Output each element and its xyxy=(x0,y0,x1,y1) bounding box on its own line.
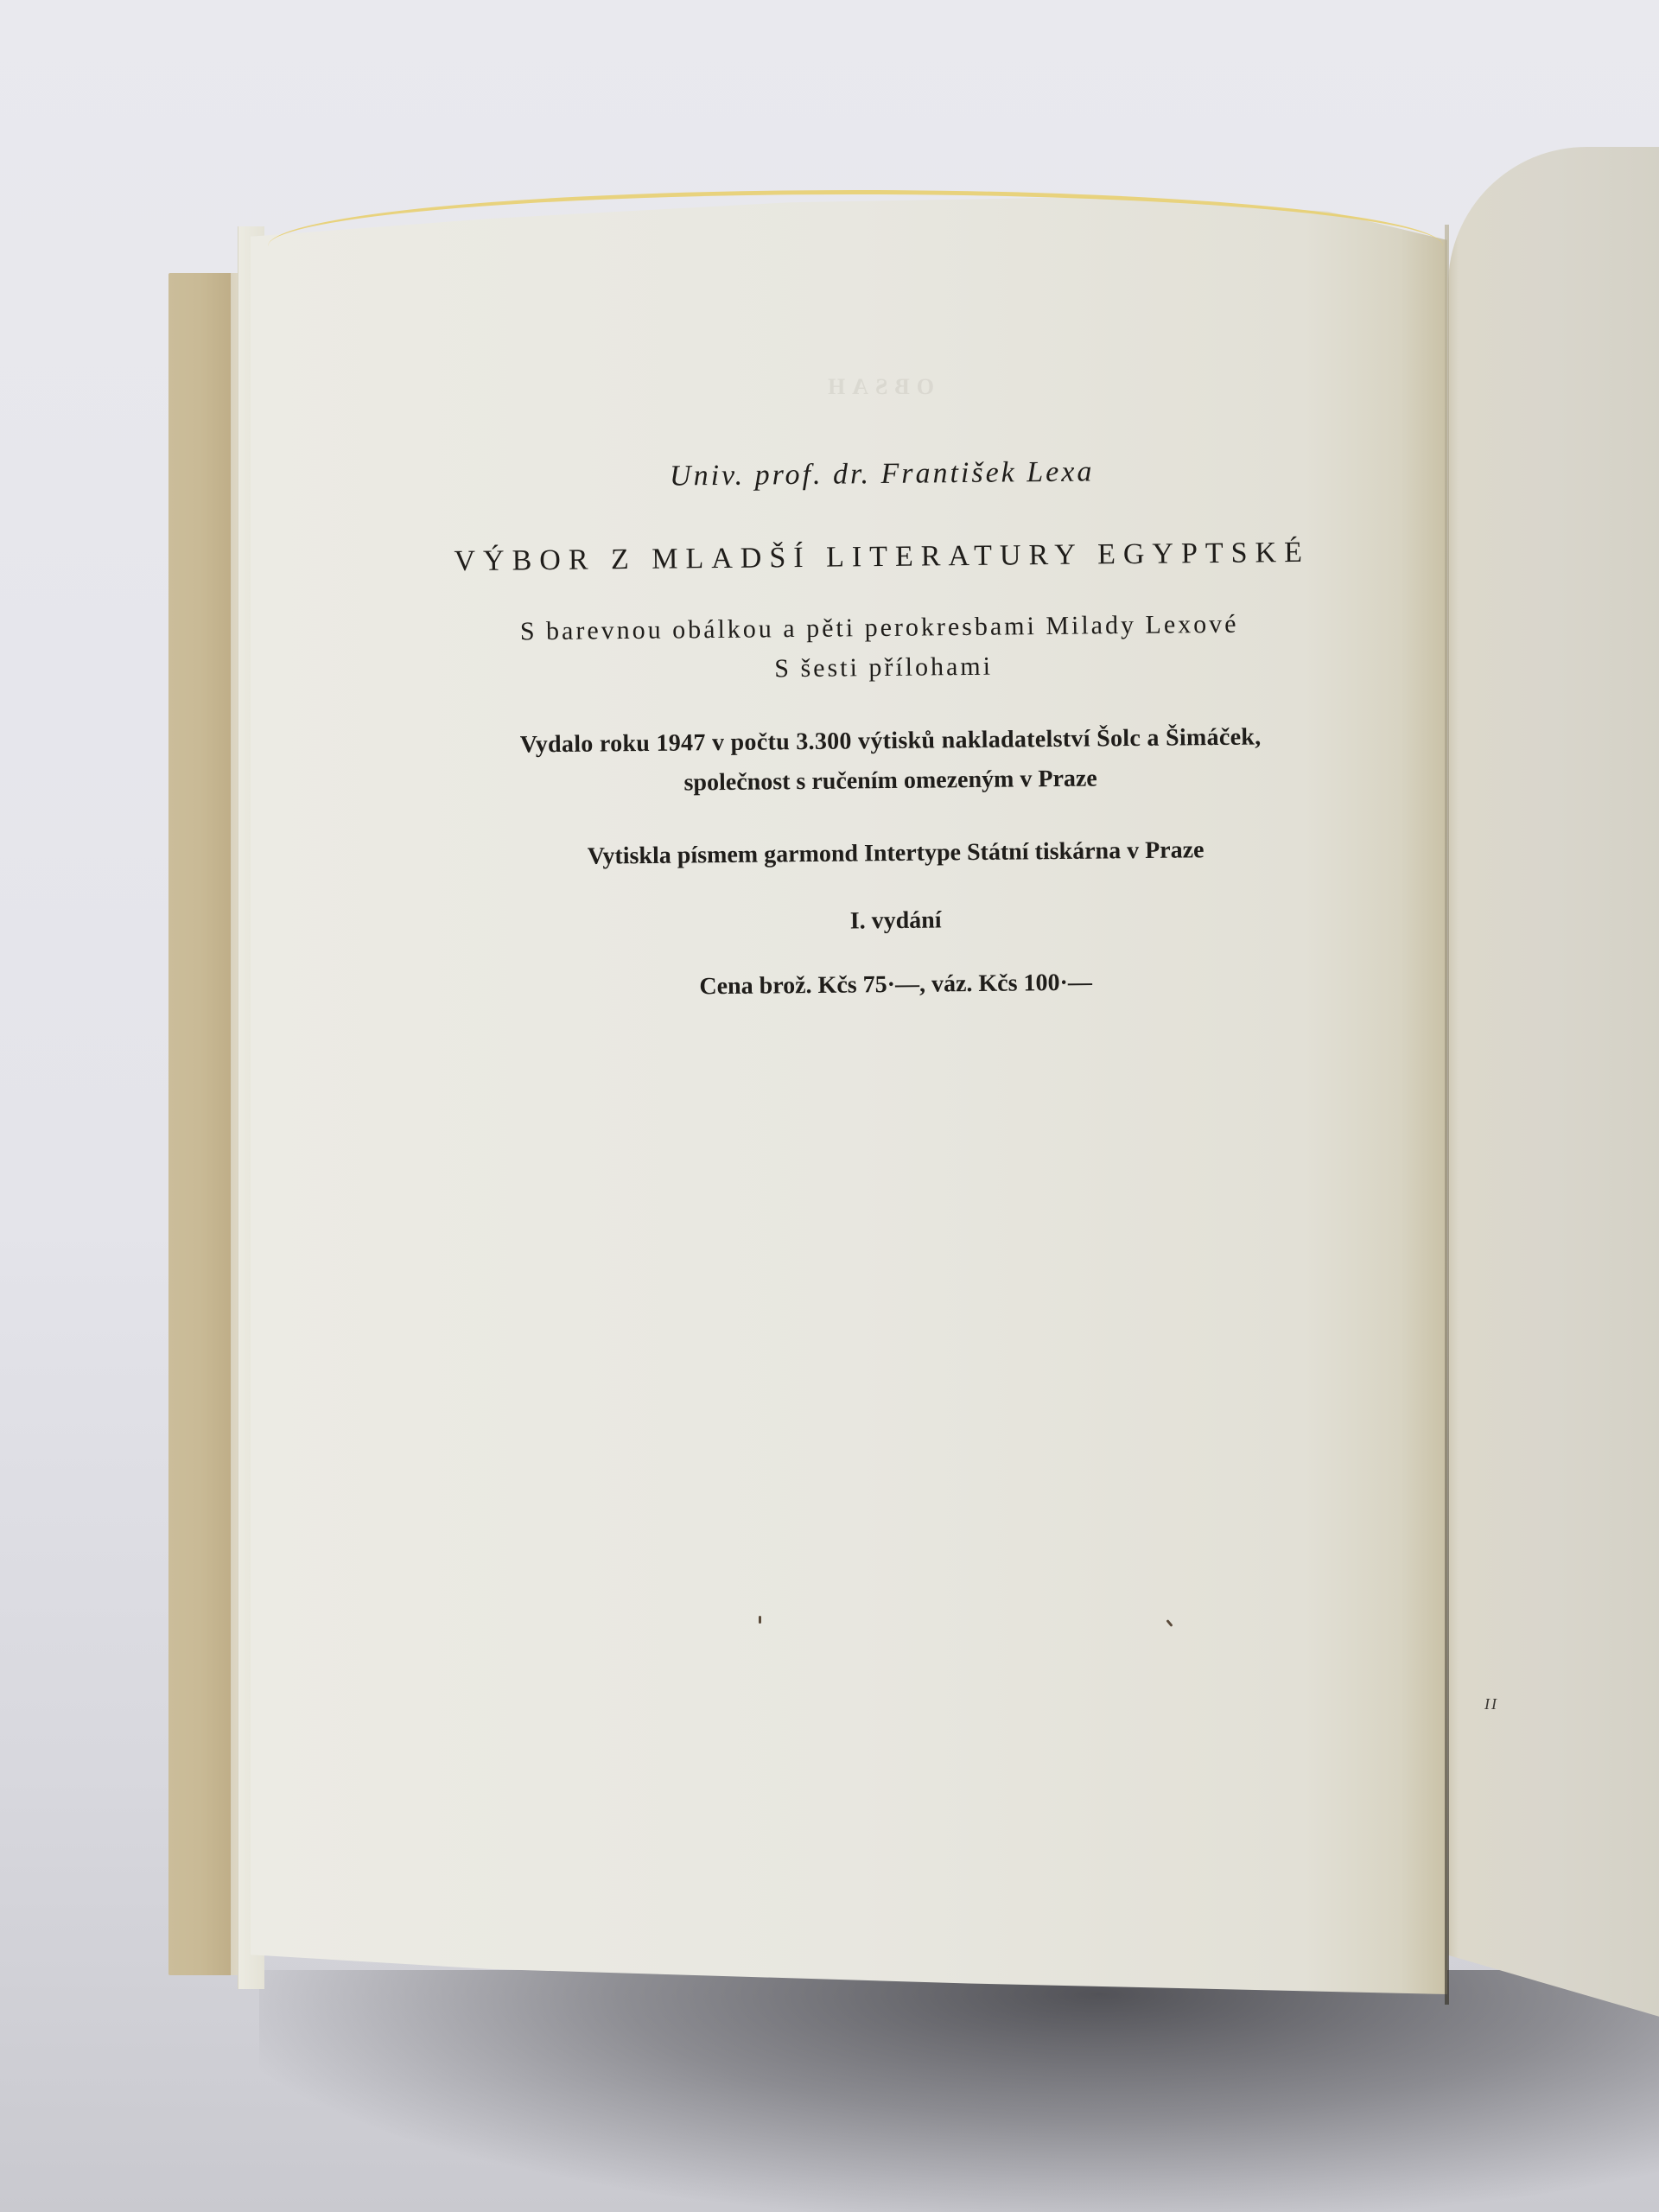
book-cover-board xyxy=(168,273,246,1975)
paper-speck xyxy=(1166,1619,1173,1627)
appendices-note: S šesti přílohami xyxy=(285,647,1482,690)
show-through-heading: OBSAH xyxy=(821,374,934,400)
illustrations-note: S barevnou obálkou a pěti perokresbami M… xyxy=(281,607,1478,650)
book-title: VÝBOR Z MLADŠÍ LITERATURY EGYPTSKÉ xyxy=(283,535,1480,581)
author-line: Univ. prof. dr. František Lexa xyxy=(283,452,1480,498)
paper-speck xyxy=(759,1616,761,1624)
publication-info-line1: Vydalo roku 1947 v počtu 3.300 výtisků n… xyxy=(292,721,1489,762)
publication-info-line2: společnost s ručením omezeným v Praze xyxy=(292,761,1489,802)
right-page xyxy=(1448,147,1659,2031)
price-info: Cena brož. Kčs 75·—, váz. Kčs 100·— xyxy=(297,965,1494,1006)
edition-info: I. vydání xyxy=(297,901,1494,942)
book-shadow xyxy=(259,1970,1659,2212)
page-number: II xyxy=(1484,1695,1498,1713)
colophon-page: OBSAH Univ. prof. dr. František Lexa VÝB… xyxy=(251,197,1447,1994)
printer-info: Vytiskla písmem garmond Intertype Státní… xyxy=(297,834,1494,874)
